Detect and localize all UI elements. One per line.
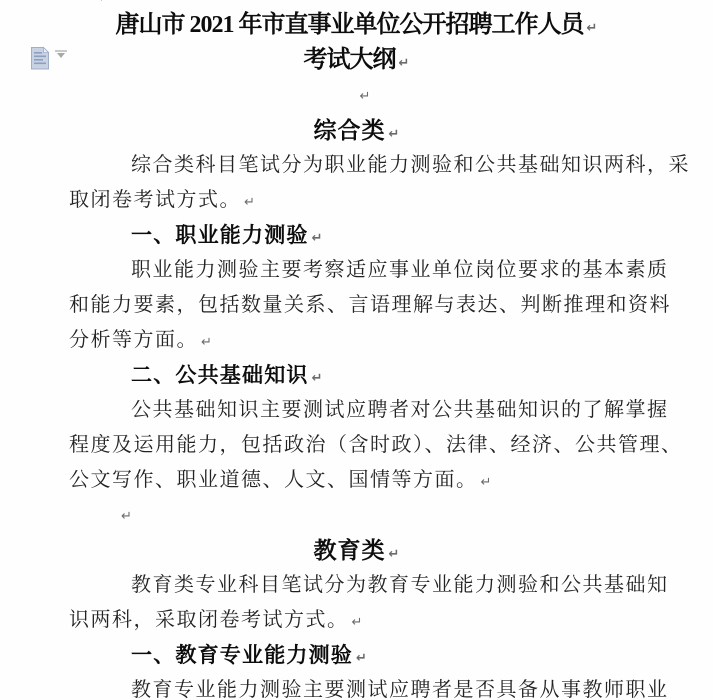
doc-text: 一、教育专业能力测验: [131, 644, 353, 667]
doc-text: 职业能力测验主要考察适应事业单位岗位要求的基本素质: [131, 259, 669, 281]
pilcrow-mark: ↵: [587, 21, 598, 36]
pilcrow-mark: ↵: [360, 89, 371, 104]
paragraph-line: 取闭卷考试方式。↵: [0, 183, 713, 218]
pilcrow-mark: ↵: [312, 371, 323, 386]
paragraph-line: 综合类科目笔试分为职业能力测验和公共基础知识两科，采: [0, 148, 713, 183]
paragraph-line: 程度及运用能力，包括政治（含时政）、法律、经济、公共管理、: [0, 428, 713, 463]
paragraph-line: 分析等方面。↵: [0, 323, 713, 358]
pilcrow-mark: ↵: [481, 475, 492, 490]
doc-text: 取闭卷考试方式。: [69, 189, 241, 211]
paragraph-line: 教育类专业科目笔试分为教育专业能力测验和公共基础知: [0, 568, 713, 603]
pilcrow-mark: ↵: [121, 509, 132, 524]
section-heading-jiaoyu: 教育类↵: [0, 533, 713, 568]
doc-text: 教育类: [314, 537, 386, 563]
paragraph-line: 教育专业能力测验主要测试应聘者是否具备从事教师职业: [0, 673, 713, 700]
blank-line: ↵: [0, 498, 713, 533]
doc-text: 教育类专业科目笔试分为教育专业能力测验和公共基础知: [131, 574, 669, 596]
pilcrow-mark: ↵: [352, 615, 363, 630]
pilcrow-mark: ↵: [399, 56, 410, 71]
pilcrow-mark: ↵: [201, 335, 212, 350]
paragraph-line: 和能力要素，包括数量关系、言语理解与表达、判断推理和资料: [0, 288, 713, 323]
doc-text: 和能力要素，包括数量关系、言语理解与表达、判断推理和资料: [69, 294, 671, 316]
doc-title-line-2: 考试大纲↵: [0, 43, 713, 78]
doc-title-line-1: 唐山市 2021 年市直事业单位公开招聘工作人员↵: [0, 8, 713, 43]
pilcrow-mark: ↵: [244, 195, 255, 210]
paragraph-line: 识两科，采取闭卷考试方式。↵: [0, 603, 713, 638]
blank-line: ↵: [0, 78, 713, 113]
doc-text: 教育专业能力测验主要测试应聘者是否具备从事教师职业: [131, 679, 669, 700]
subheading-zhiye-nengli: 一、职业能力测验↵: [0, 218, 713, 253]
pilcrow-mark: ↵: [389, 547, 400, 562]
document-content: 唐山市 2021 年市直事业单位公开招聘工作人员↵考试大纲↵↵综合类↵综合类科目…: [0, 8, 713, 700]
doc-text: 二、公共基础知识: [131, 364, 309, 387]
doc-text: 唐山市 2021 年市直事业单位公开招聘工作人员: [116, 12, 584, 38]
section-heading-zonghe: 综合类↵: [0, 113, 713, 148]
pilcrow-mark: ↵: [389, 127, 400, 142]
document-page[interactable]: ↵ 唐山市 2021 年市直事业单位公开招聘工作人员↵考试大纲↵↵综合类↵综合类…: [0, 0, 713, 700]
subheading-gonggong-jichu: 二、公共基础知识↵: [0, 358, 713, 393]
paragraph-line: 公文写作、职业道德、人文、国情等方面。↵: [0, 463, 713, 498]
doc-text: 公文写作、职业道德、人文、国情等方面。: [69, 469, 478, 491]
doc-text: 一、职业能力测验: [131, 224, 309, 247]
doc-text: 综合类: [314, 117, 386, 143]
pilcrow-mark: ↵: [312, 231, 323, 246]
paragraph-line: 职业能力测验主要考察适应事业单位岗位要求的基本素质: [0, 253, 713, 288]
subheading-jiaoyu-zhuanye: 一、教育专业能力测验↵: [0, 638, 713, 673]
doc-text: 公共基础知识主要测试应聘者对公共基础知识的了解掌握: [131, 399, 669, 421]
pilcrow-mark: ↵: [356, 651, 367, 666]
doc-text: 分析等方面。: [69, 329, 198, 351]
doc-text: 综合类科目笔试分为职业能力测验和公共基础知识两科，采: [131, 154, 690, 176]
doc-text: 识两科，采取闭卷考试方式。: [69, 609, 349, 631]
doc-text: 程度及运用能力，包括政治（含时政）、法律、经济、公共管理、: [69, 434, 683, 456]
pilcrow-mark: ↵: [98, 0, 110, 6]
doc-text: 考试大纲: [304, 47, 396, 73]
paragraph-line: 公共基础知识主要测试应聘者对公共基础知识的了解掌握: [0, 393, 713, 428]
